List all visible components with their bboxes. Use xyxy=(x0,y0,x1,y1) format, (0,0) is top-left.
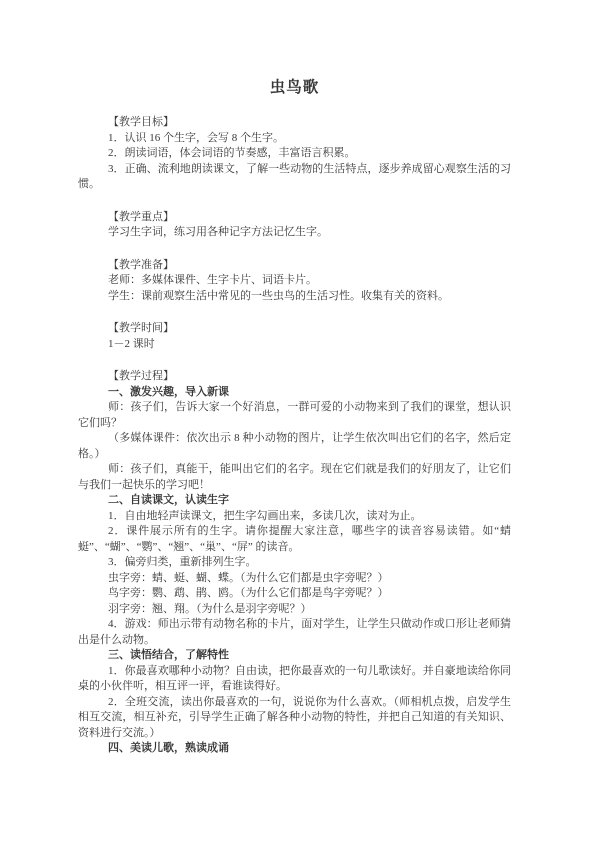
paragraph: 鸟字旁：鹦、鹉、鹃、鸥。（为什么它们都是鸟字旁呢？） xyxy=(78,586,511,602)
subsection-heading: 三、读悟结合，了解特性 xyxy=(78,648,511,664)
paragraph: 3．正确、流利地朗读课文，了解一些动物的生活特点，逐步养成留心观察生活的习惯。 xyxy=(78,162,511,193)
paragraph: 学习生字词，练习用各种记字方法记忆生字。 xyxy=(78,225,511,241)
paragraph: 老师：多媒体课件、生字卡片、词语卡片。 xyxy=(78,273,511,289)
paragraph: 虫字旁：蜻、蜓、蝴、蝶。（为什么它们都是虫字旁呢？） xyxy=(78,571,511,587)
paragraph: 4．游戏：师出示带有动物名称的卡片，面对学生，让学生只做动作或口形让老师猜出是什… xyxy=(78,617,511,648)
paragraph: （多媒体课件：依次出示 8 种小动物的图片，让学生依次叫出它们的名字，然后定格。… xyxy=(78,431,511,462)
paragraph: 2．课件展示所有的生字。请你提醒大家注意，哪些字的读音容易读错。如“蜻蜓”、“蝴… xyxy=(78,524,511,555)
doc-title: 虫鸟歌 xyxy=(78,78,511,98)
section-heading: 【教学准备】 xyxy=(78,258,511,274)
paragraph: 1．自由地轻声读课文，把生字勾画出来，多读几次，读对为止。 xyxy=(78,509,511,525)
subsection-heading: 四、美读儿歌，熟读成诵 xyxy=(78,741,511,757)
document-page: 虫鸟歌 【教学目标】 1．认识 16 个生字，会写 8 个生字。 2．朗读词语，… xyxy=(78,78,511,757)
paragraph: 学生：课前观察生活中常见的一些虫鸟的生活习性。收集有关的资料。 xyxy=(78,289,511,305)
section-heading: 【教学时间】 xyxy=(78,321,511,337)
paragraph: 3．偏旁归类，重新排列生字。 xyxy=(78,555,511,571)
paragraph: 羽字旁：翘、翔。（为什么是羽字旁呢？） xyxy=(78,602,511,618)
section-heading: 【教学目标】 xyxy=(78,115,511,131)
paragraph: 1．认识 16 个生字，会写 8 个生字。 xyxy=(78,131,511,147)
section-heading: 【教学重点】 xyxy=(78,210,511,226)
paragraph: 师：孩子们，真能干，能叫出它们的名字。现在它们就是我们的好朋友了，让它们与我们一… xyxy=(78,462,511,493)
paragraph: 2．朗读词语，体会词语的节奏感，丰富语言积累。 xyxy=(78,146,511,162)
subsection-heading: 一、激发兴趣，导入新课 xyxy=(78,385,511,401)
paragraph: 师：孩子们，告诉大家一个好消息，一群可爱的小动物来到了我们的课堂，想认识它们吗？ xyxy=(78,400,511,431)
paragraph: 2．全班交流，读出你最喜欢的一句，说说你为什么喜欢。（师相机点拨，启发学生相互交… xyxy=(78,695,511,742)
paragraph: 1．你最喜欢哪种小动物？自由读，把你最喜欢的一句儿歌读好。并自豪地读给你同桌的小… xyxy=(78,664,511,695)
paragraph: 1－2 课时 xyxy=(78,337,511,353)
section-heading: 【教学过程】 xyxy=(78,369,511,385)
subsection-heading: 二、自读课文，认读生字 xyxy=(78,493,511,509)
